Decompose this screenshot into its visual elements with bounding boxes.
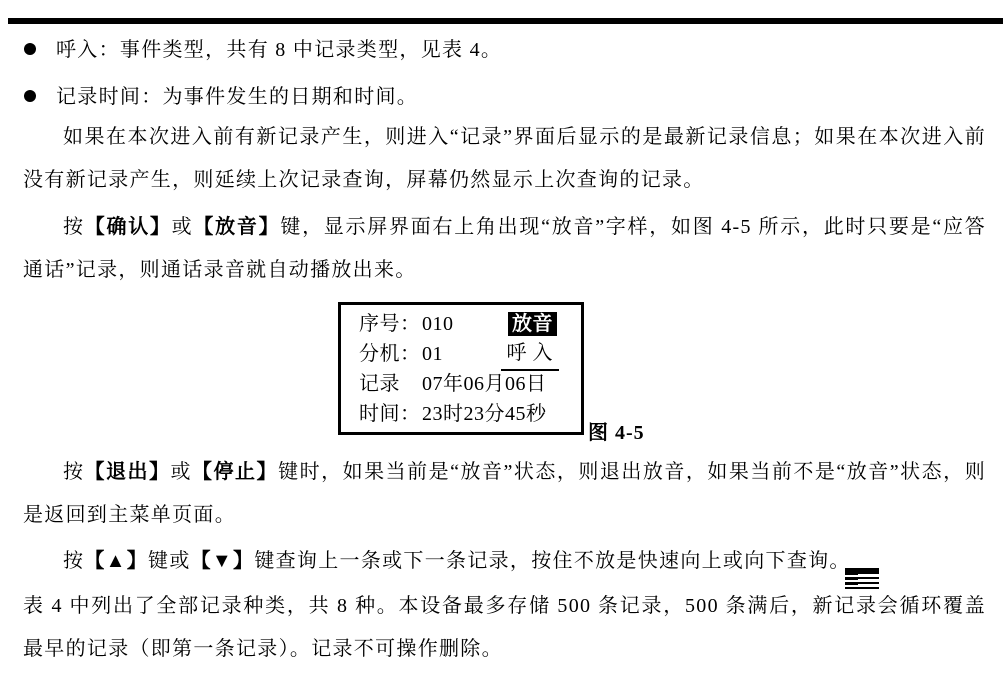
paragraph-new-record-behavior: 如果在本次进入前有新记录产生，则进入“记录”界面后显示的是最新记录信息；如果在本… [23,116,986,202]
figure-row-record-date: 记录07年06月06日 [359,369,563,399]
paragraph-storage-capacity: 表 4 中列出了全部记录种类，共 8 种。本设备最多存储 500 条记录，500… [23,585,986,671]
extension-label: 分机： [359,339,422,369]
figure-row-serial: 序号：010 放音 [359,309,563,339]
serial-value: 010 [422,309,454,339]
call-type-value: 呼 入 [501,338,560,371]
lcd-record-display-figure: 序号：010 放音 分机：01 呼 入 记录07年06月06日 时间：23时23… [338,302,584,435]
bullet-text: 呼入：事件类型，共有 8 中记录类型，见表 4。 [56,39,502,61]
manual-page: 呼入：事件类型，共有 8 中记录类型，见表 4。 记录时间：为事件发生的日期和时… [0,0,1005,696]
time-label: 时间： [359,399,422,429]
playback-status-badge: 放音 [508,312,557,336]
figure-row-extension: 分机：01 呼 入 [359,339,563,369]
paragraph-arrow-keys: 按【▲】键或【▼】键查询上一条或下一条记录，按住不放是快速向上或向下查询。 [23,540,986,583]
time-value: 23时23分45秒 [422,399,547,429]
bullet-icon [24,90,36,102]
bullet-icon [24,43,36,55]
paragraph-exit-stop-keys: 按【退出】或【停止】键时，如果当前是“放音”状态，则退出放音，如果当前不是“放音… [23,451,986,537]
serial-label: 序号： [359,309,422,339]
figure-row-time: 时间：23时23分45秒 [359,399,563,429]
bullet-item-record-time: 记录时间：为事件发生的日期和时间。 [24,86,418,108]
extension-value: 01 [422,339,443,369]
bullet-item-call-in: 呼入：事件类型，共有 8 中记录类型，见表 4。 [24,39,502,61]
bullet-text: 记录时间：为事件发生的日期和时间。 [56,86,418,108]
record-date-value: 07年06月06日 [422,369,547,399]
record-label: 记录 [359,369,422,399]
figure-caption: 图 4-5 [588,416,645,445]
paragraph-confirm-play-keys: 按【确认】或【放音】键，显示屏界面右上角出现“放音”字样，如图 4-5 所示，此… [23,206,986,292]
top-divider-rule [8,18,1003,24]
